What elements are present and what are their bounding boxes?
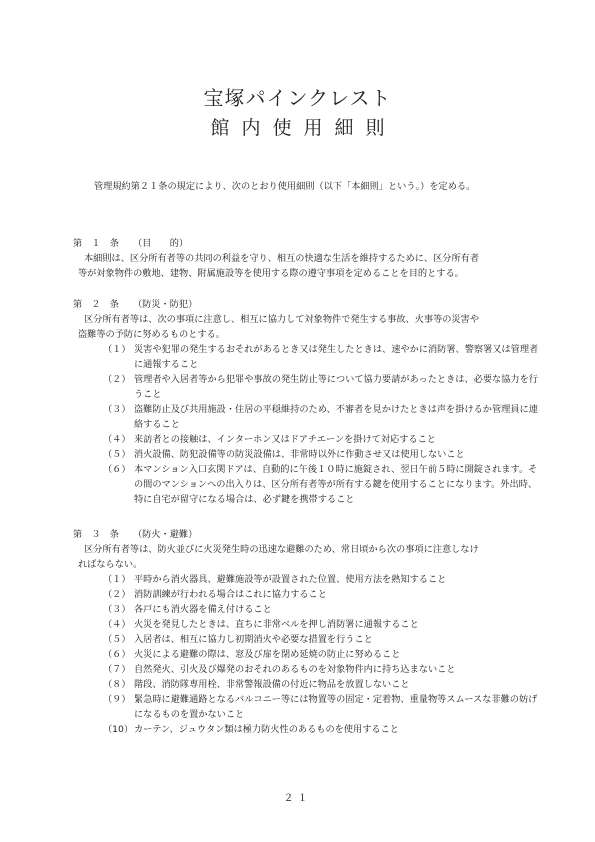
item-text: 消火設備、防犯設備等の防災設備は、非常時以外に作動させ又は使用しないこと [134, 447, 543, 462]
item-marker: （９） [103, 692, 134, 722]
article-heading: 第 ２ 条（防災・防犯） [73, 297, 543, 312]
article-heading: 第 １ 条（目 的） [73, 236, 533, 251]
item-text: 災害や犯罪の発生するおそれがあるとき又は発生したときは、速やかに消防署、警察署又… [134, 342, 543, 372]
list-item: （３）各戸にも消火器を備え付けること [103, 602, 543, 617]
item-marker: （２） [103, 372, 134, 402]
list-item: （８）階段、消防隊専用栓、非常警報設備の付近に物品を放置しないこと [103, 677, 543, 692]
document-subtitle: 館内使用細則 [0, 113, 595, 140]
item-text: 火災を発見したときは、直ちに非常ベルを押し消防署に通報すること [134, 617, 543, 632]
item-text: 平時から消火器具、避難施設等が設置された位置、使用方法を熟知すること [134, 572, 543, 587]
preamble: 管理規約第２１条の規定により、次のとおり使用細則（以下「本細則」という。）を定め… [94, 178, 475, 192]
list-item: （６）本マンション入口玄関ドアは、自動的に午後１０時に施錠され、翌日午前５時に開… [103, 462, 543, 507]
article-paragraph-cont: 盗難等の予防に努めるものとする。 [73, 327, 533, 342]
list-item: （10）カーテン、ジュウタン類は極力防火性のあるものを使用すること [103, 722, 543, 737]
article-1: 第 １ 条（目 的） 本細則は、区分所有者等の共同の利益を守り、相互の快適な生活… [73, 236, 533, 281]
article-number: 第 ２ 条 [73, 297, 133, 312]
page-number: ２１ [0, 789, 595, 804]
item-marker: （３） [103, 602, 134, 617]
list-item: （１）平時から消火器具、避難施設等が設置された位置、使用方法を熟知すること [103, 572, 543, 587]
item-text: 来訪者との接触は、インターホン又はドアチエーンを掛けて対応すること [134, 432, 543, 447]
article-paragraph: 区分所有者等は、防火並びに火災発生時の迅速な避難のため、常日頃から次の事項に注意… [73, 542, 533, 557]
article-paragraph-cont: ればならない。 [73, 557, 533, 572]
list-item: （２）管理者や入居者等から犯罪や事故の発生防止等について協力要請があったときは、… [103, 372, 543, 402]
article-title: （防災・防犯） [133, 299, 197, 310]
document-title: 宝塚パインクレスト [0, 82, 595, 111]
article-paragraph: 本細則は、区分所有者等の共同の利益を守り、相互の快適な生活を維持するために、区分… [73, 251, 533, 266]
item-text: 消防訓練が行われる場合はこれに協力すること [134, 587, 543, 602]
item-list: （１）災害や犯罪の発生するおそれがあるとき又は発生したときは、速やかに消防署、警… [103, 342, 543, 507]
list-item: （６）火災による避難の際は、窓及び扉を閉め延焼の防止に努めること [103, 647, 543, 662]
article-heading: 第 ３ 条（防火・避難） [73, 527, 543, 542]
list-item: （４）火災を発見したときは、直ちに非常ベルを押し消防署に通報すること [103, 617, 543, 632]
item-marker: （10） [103, 722, 134, 737]
list-item: （９）緊急時に避難通路となるバルコニー等には物置等の固定・定着物、重量物等スムー… [103, 692, 543, 722]
article-title: （防火・避難） [133, 529, 197, 540]
item-marker: （６） [103, 647, 134, 662]
list-item: （７）自然発火、引火及び爆発のおそれのあるものを対象物件内に持ち込まないこと [103, 662, 543, 677]
item-marker: （５） [103, 632, 134, 647]
item-marker: （４） [103, 432, 134, 447]
item-text: 入居者は、相互に協力し初期消火や必要な措置を行うこと [134, 632, 543, 647]
list-item: （４）来訪者との接触は、インターホン又はドアチエーンを掛けて対応すること [103, 432, 543, 447]
article-paragraph: 区分所有者等は、次の事項に注意し、相互に協力して対象物件で発生する事故、火事等の… [73, 312, 533, 327]
item-text: 本マンション入口玄関ドアは、自動的に午後１０時に施錠され、翌日午前５時に開錠され… [134, 462, 543, 507]
item-list: （１）平時から消火器具、避難施設等が設置された位置、使用方法を熟知すること （２… [103, 572, 543, 737]
item-text: 緊急時に避難通路となるバルコニー等には物置等の固定・定着物、重量物等スムースな非… [134, 692, 543, 722]
item-marker: （７） [103, 662, 134, 677]
item-marker: （１） [103, 342, 134, 372]
item-marker: （８） [103, 677, 134, 692]
item-marker: （５） [103, 447, 134, 462]
item-text: カーテン、ジュウタン類は極力防火性のあるものを使用すること [134, 722, 543, 737]
article-number: 第 １ 条 [73, 236, 133, 251]
item-text: 火災による避難の際は、窓及び扉を閉め延焼の防止に努めること [134, 647, 543, 662]
item-text: 自然発火、引火及び爆発のおそれのあるものを対象物件内に持ち込まないこと [134, 662, 543, 677]
item-text: 盗難防止及び共用施設・住居の平穏維持のため、不審者を見かけたときは声を掛けるか管… [134, 402, 543, 432]
item-text: 各戸にも消火器を備え付けること [134, 602, 543, 617]
article-number: 第 ３ 条 [73, 527, 133, 542]
item-marker: （６） [103, 462, 134, 507]
list-item: （５）消火設備、防犯設備等の防災設備は、非常時以外に作動させ又は使用しないこと [103, 447, 543, 462]
article-2: 第 ２ 条（防災・防犯） 区分所有者等は、次の事項に注意し、相互に協力して対象物… [73, 297, 543, 507]
article-paragraph-cont: 等が対象物件の敷地、建物、附属施設等を使用する際の遵守事項を定めることを目的とす… [73, 266, 533, 281]
item-marker: （２） [103, 587, 134, 602]
item-marker: （３） [103, 402, 134, 432]
list-item: （５）入居者は、相互に協力し初期消火や必要な措置を行うこと [103, 632, 543, 647]
item-text: 管理者や入居者等から犯罪や事故の発生防止等について協力要請があったときは、必要な… [134, 372, 543, 402]
item-text: 階段、消防隊専用栓、非常警報設備の付近に物品を放置しないこと [134, 677, 543, 692]
list-item: （１）災害や犯罪の発生するおそれがあるとき又は発生したときは、速やかに消防署、警… [103, 342, 543, 372]
item-marker: （１） [103, 572, 134, 587]
item-marker: （４） [103, 617, 134, 632]
article-title: （目 的） [133, 238, 188, 249]
list-item: （２）消防訓練が行われる場合はこれに協力すること [103, 587, 543, 602]
list-item: （３）盗難防止及び共用施設・住居の平穏維持のため、不審者を見かけたときは声を掛け… [103, 402, 543, 432]
article-3: 第 ３ 条（防火・避難） 区分所有者等は、防火並びに火災発生時の迅速な避難のため… [73, 527, 543, 737]
